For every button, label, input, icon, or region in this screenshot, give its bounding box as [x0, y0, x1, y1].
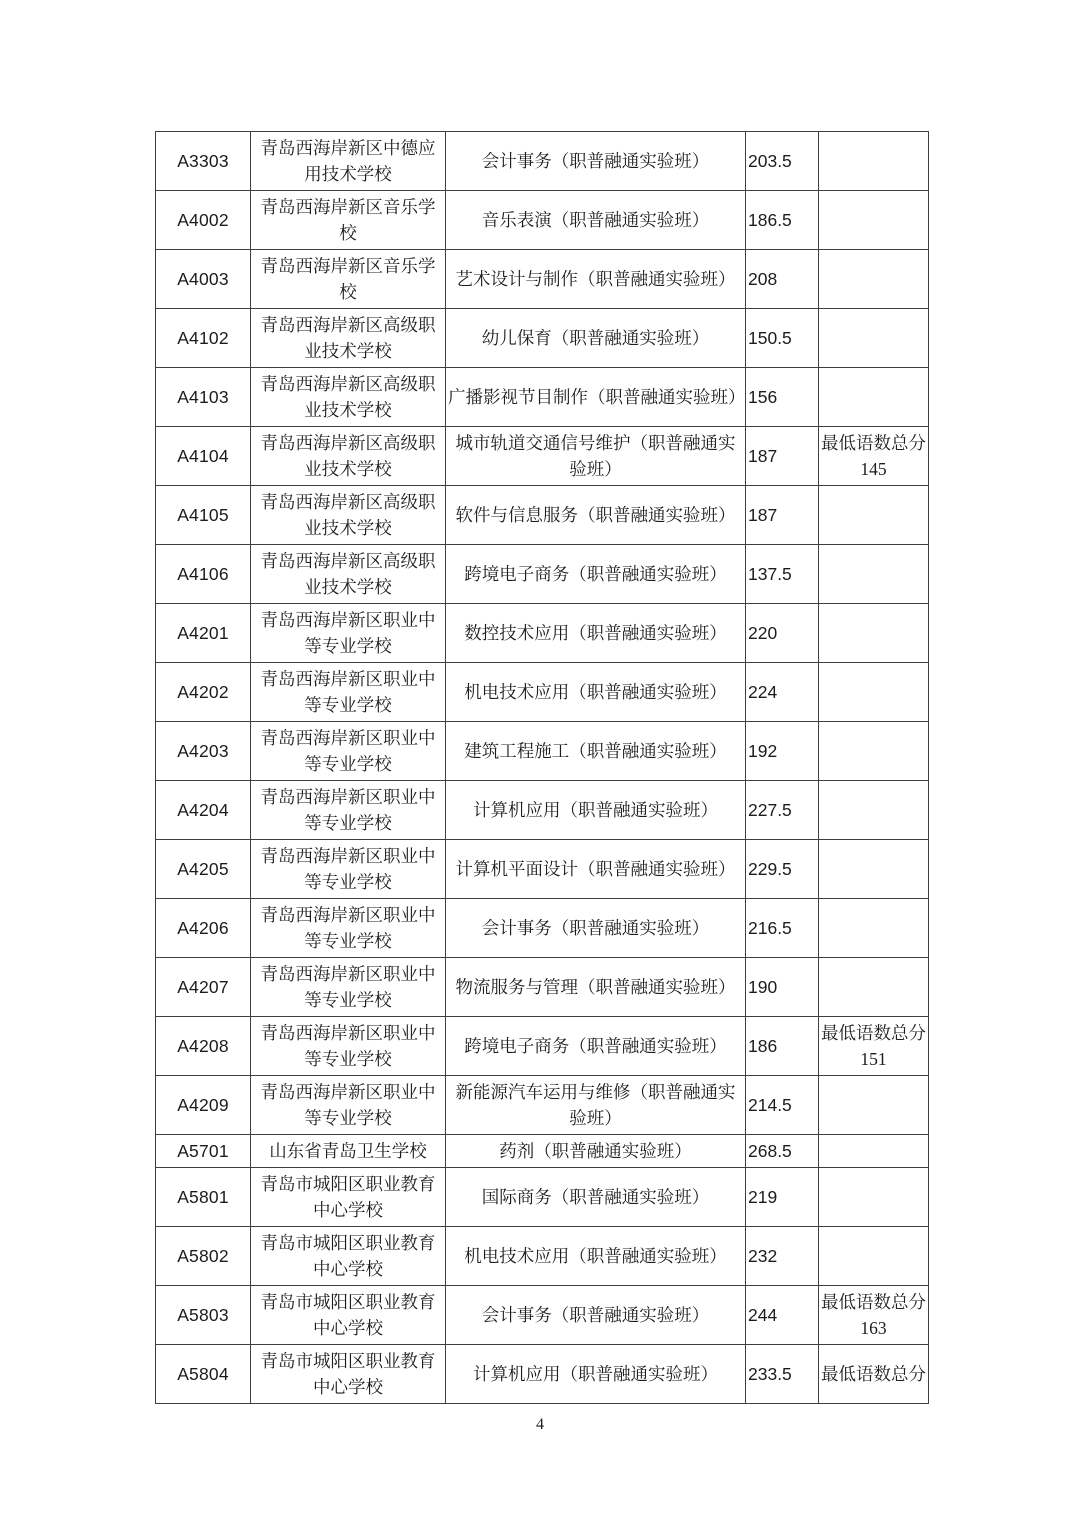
program-name-cell: 机电技术应用（职普融通实验班）	[446, 663, 746, 722]
note-cell: 最低语数总分 163	[819, 1286, 929, 1345]
school-name-cell: 青岛西海岸新区高级职业技术学校	[251, 427, 446, 486]
school-code-cell: A4106	[156, 545, 251, 604]
school-code-cell: A4205	[156, 840, 251, 899]
note-cell	[819, 1168, 929, 1227]
school-code-cell: A5701	[156, 1135, 251, 1168]
school-name-cell: 青岛西海岸新区中德应用技术学校	[251, 132, 446, 191]
table-row: A4207 青岛西海岸新区职业中等专业学校 物流服务与管理（职普融通实验班） 1…	[156, 958, 929, 1017]
score-cell: 220	[746, 604, 819, 663]
table-row: A4102 青岛西海岸新区高级职业技术学校 幼儿保育（职普融通实验班） 150.…	[156, 309, 929, 368]
school-code-cell: A5803	[156, 1286, 251, 1345]
program-name-cell: 软件与信息服务（职普融通实验班）	[446, 486, 746, 545]
table-row: A3303 青岛西海岸新区中德应用技术学校 会计事务（职普融通实验班） 203.…	[156, 132, 929, 191]
note-cell	[819, 840, 929, 899]
table-row: A4202 青岛西海岸新区职业中等专业学校 机电技术应用（职普融通实验班） 22…	[156, 663, 929, 722]
score-cell: 186	[746, 1017, 819, 1076]
table-row: A4208 青岛西海岸新区职业中等专业学校 跨境电子商务（职普融通实验班） 18…	[156, 1017, 929, 1076]
school-code-cell: A4204	[156, 781, 251, 840]
score-cell: 192	[746, 722, 819, 781]
admission-score-table: A3303 青岛西海岸新区中德应用技术学校 会计事务（职普融通实验班） 203.…	[155, 131, 929, 1404]
school-name-cell: 青岛西海岸新区高级职业技术学校	[251, 486, 446, 545]
score-cell: 219	[746, 1168, 819, 1227]
school-code-cell: A4206	[156, 899, 251, 958]
school-name-cell: 青岛西海岸新区高级职业技术学校	[251, 368, 446, 427]
school-name-cell: 青岛西海岸新区职业中等专业学校	[251, 1017, 446, 1076]
school-name-cell: 青岛西海岸新区音乐学校	[251, 250, 446, 309]
score-cell: 233.5	[746, 1345, 819, 1404]
table-row: A5803 青岛市城阳区职业教育中心学校 会计事务（职普融通实验班） 244 最…	[156, 1286, 929, 1345]
school-code-cell: A4201	[156, 604, 251, 663]
score-cell: 244	[746, 1286, 819, 1345]
note-cell	[819, 309, 929, 368]
school-code-cell: A4207	[156, 958, 251, 1017]
note-cell	[819, 1227, 929, 1286]
program-name-cell: 会计事务（职普融通实验班）	[446, 132, 746, 191]
table-row: A4103 青岛西海岸新区高级职业技术学校 广播影视节目制作（职普融通实验班） …	[156, 368, 929, 427]
program-name-cell: 机电技术应用（职普融通实验班）	[446, 1227, 746, 1286]
program-name-cell: 数控技术应用（职普融通实验班）	[446, 604, 746, 663]
program-name-cell: 跨境电子商务（职普融通实验班）	[446, 545, 746, 604]
table-row: A4203 青岛西海岸新区职业中等专业学校 建筑工程施工（职普融通实验班） 19…	[156, 722, 929, 781]
school-code-cell: A4209	[156, 1076, 251, 1135]
school-name-cell: 青岛西海岸新区职业中等专业学校	[251, 663, 446, 722]
document-page: A3303 青岛西海岸新区中德应用技术学校 会计事务（职普融通实验班） 203.…	[0, 0, 1080, 1527]
school-code-cell: A5804	[156, 1345, 251, 1404]
score-cell: 229.5	[746, 840, 819, 899]
note-cell	[819, 368, 929, 427]
program-name-cell: 计算机平面设计（职普融通实验班）	[446, 840, 746, 899]
score-cell: 232	[746, 1227, 819, 1286]
score-cell: 203.5	[746, 132, 819, 191]
note-cell	[819, 191, 929, 250]
program-name-cell: 计算机应用（职普融通实验班）	[446, 781, 746, 840]
school-code-cell: A3303	[156, 132, 251, 191]
score-cell: 150.5	[746, 309, 819, 368]
table-row: A4105 青岛西海岸新区高级职业技术学校 软件与信息服务（职普融通实验班） 1…	[156, 486, 929, 545]
program-name-cell: 计算机应用（职普融通实验班）	[446, 1345, 746, 1404]
score-cell: 137.5	[746, 545, 819, 604]
note-cell: 最低语数总分 151	[819, 1017, 929, 1076]
score-cell: 156	[746, 368, 819, 427]
table-row: A4205 青岛西海岸新区职业中等专业学校 计算机平面设计（职普融通实验班） 2…	[156, 840, 929, 899]
score-cell: 208	[746, 250, 819, 309]
note-cell	[819, 899, 929, 958]
note-cell	[819, 958, 929, 1017]
score-cell: 268.5	[746, 1135, 819, 1168]
school-code-cell: A4105	[156, 486, 251, 545]
school-code-cell: A4208	[156, 1017, 251, 1076]
table-row: A4209 青岛西海岸新区职业中等专业学校 新能源汽车运用与维修（职普融通实验班…	[156, 1076, 929, 1135]
note-cell	[819, 1076, 929, 1135]
note-cell	[819, 132, 929, 191]
school-code-cell: A4104	[156, 427, 251, 486]
table-row: A5802 青岛市城阳区职业教育中心学校 机电技术应用（职普融通实验班） 232	[156, 1227, 929, 1286]
note-cell	[819, 1135, 929, 1168]
table-row: A5801 青岛市城阳区职业教育中心学校 国际商务（职普融通实验班） 219	[156, 1168, 929, 1227]
table-row: A4204 青岛西海岸新区职业中等专业学校 计算机应用（职普融通实验班） 227…	[156, 781, 929, 840]
program-name-cell: 建筑工程施工（职普融通实验班）	[446, 722, 746, 781]
program-name-cell: 广播影视节目制作（职普融通实验班）	[446, 368, 746, 427]
score-cell: 224	[746, 663, 819, 722]
program-name-cell: 国际商务（职普融通实验班）	[446, 1168, 746, 1227]
school-name-cell: 青岛西海岸新区职业中等专业学校	[251, 958, 446, 1017]
score-cell: 187	[746, 427, 819, 486]
school-name-cell: 山东省青岛卫生学校	[251, 1135, 446, 1168]
score-cell: 187	[746, 486, 819, 545]
program-name-cell: 会计事务（职普融通实验班）	[446, 899, 746, 958]
program-name-cell: 艺术设计与制作（职普融通实验班）	[446, 250, 746, 309]
note-cell	[819, 604, 929, 663]
note-cell	[819, 722, 929, 781]
school-name-cell: 青岛市城阳区职业教育中心学校	[251, 1286, 446, 1345]
school-name-cell: 青岛西海岸新区职业中等专业学校	[251, 781, 446, 840]
school-code-cell: A4203	[156, 722, 251, 781]
school-name-cell: 青岛西海岸新区职业中等专业学校	[251, 1076, 446, 1135]
school-code-cell: A4102	[156, 309, 251, 368]
table-row: A5701 山东省青岛卫生学校 药剂（职普融通实验班） 268.5	[156, 1135, 929, 1168]
note-cell	[819, 545, 929, 604]
page-number: 4	[0, 1416, 1080, 1434]
school-name-cell: 青岛市城阳区职业教育中心学校	[251, 1227, 446, 1286]
table-row: A4106 青岛西海岸新区高级职业技术学校 跨境电子商务（职普融通实验班） 13…	[156, 545, 929, 604]
school-code-cell: A4003	[156, 250, 251, 309]
school-code-cell: A5802	[156, 1227, 251, 1286]
table-row: A4002 青岛西海岸新区音乐学校 音乐表演（职普融通实验班） 186.5	[156, 191, 929, 250]
school-name-cell: 青岛西海岸新区职业中等专业学校	[251, 899, 446, 958]
program-name-cell: 幼儿保育（职普融通实验班）	[446, 309, 746, 368]
school-code-cell: A4103	[156, 368, 251, 427]
school-name-cell: 青岛市城阳区职业教育中心学校	[251, 1345, 446, 1404]
program-name-cell: 新能源汽车运用与维修（职普融通实验班）	[446, 1076, 746, 1135]
score-cell: 216.5	[746, 899, 819, 958]
table-row: A4003 青岛西海岸新区音乐学校 艺术设计与制作（职普融通实验班） 208	[156, 250, 929, 309]
school-name-cell: 青岛西海岸新区职业中等专业学校	[251, 840, 446, 899]
program-name-cell: 药剂（职普融通实验班）	[446, 1135, 746, 1168]
table-row: A4201 青岛西海岸新区职业中等专业学校 数控技术应用（职普融通实验班） 22…	[156, 604, 929, 663]
score-cell: 214.5	[746, 1076, 819, 1135]
school-name-cell: 青岛西海岸新区职业中等专业学校	[251, 604, 446, 663]
school-name-cell: 青岛西海岸新区高级职业技术学校	[251, 545, 446, 604]
school-name-cell: 青岛西海岸新区职业中等专业学校	[251, 722, 446, 781]
school-name-cell: 青岛市城阳区职业教育中心学校	[251, 1168, 446, 1227]
score-table-body: A3303 青岛西海岸新区中德应用技术学校 会计事务（职普融通实验班） 203.…	[156, 132, 929, 1404]
score-cell: 190	[746, 958, 819, 1017]
table-row: A4104 青岛西海岸新区高级职业技术学校 城市轨道交通信号维护（职普融通实验班…	[156, 427, 929, 486]
school-code-cell: A5801	[156, 1168, 251, 1227]
note-cell	[819, 486, 929, 545]
school-code-cell: A4002	[156, 191, 251, 250]
program-name-cell: 会计事务（职普融通实验班）	[446, 1286, 746, 1345]
table-row: A4206 青岛西海岸新区职业中等专业学校 会计事务（职普融通实验班） 216.…	[156, 899, 929, 958]
school-name-cell: 青岛西海岸新区高级职业技术学校	[251, 309, 446, 368]
program-name-cell: 物流服务与管理（职普融通实验班）	[446, 958, 746, 1017]
table-row: A5804 青岛市城阳区职业教育中心学校 计算机应用（职普融通实验班） 233.…	[156, 1345, 929, 1404]
note-cell: 最低语数总分 145	[819, 427, 929, 486]
school-code-cell: A4202	[156, 663, 251, 722]
note-cell	[819, 663, 929, 722]
program-name-cell: 音乐表演（职普融通实验班）	[446, 191, 746, 250]
note-cell	[819, 250, 929, 309]
note-cell: 最低语数总分	[819, 1345, 929, 1404]
score-cell: 186.5	[746, 191, 819, 250]
note-cell	[819, 781, 929, 840]
program-name-cell: 城市轨道交通信号维护（职普融通实验班）	[446, 427, 746, 486]
score-cell: 227.5	[746, 781, 819, 840]
program-name-cell: 跨境电子商务（职普融通实验班）	[446, 1017, 746, 1076]
school-name-cell: 青岛西海岸新区音乐学校	[251, 191, 446, 250]
